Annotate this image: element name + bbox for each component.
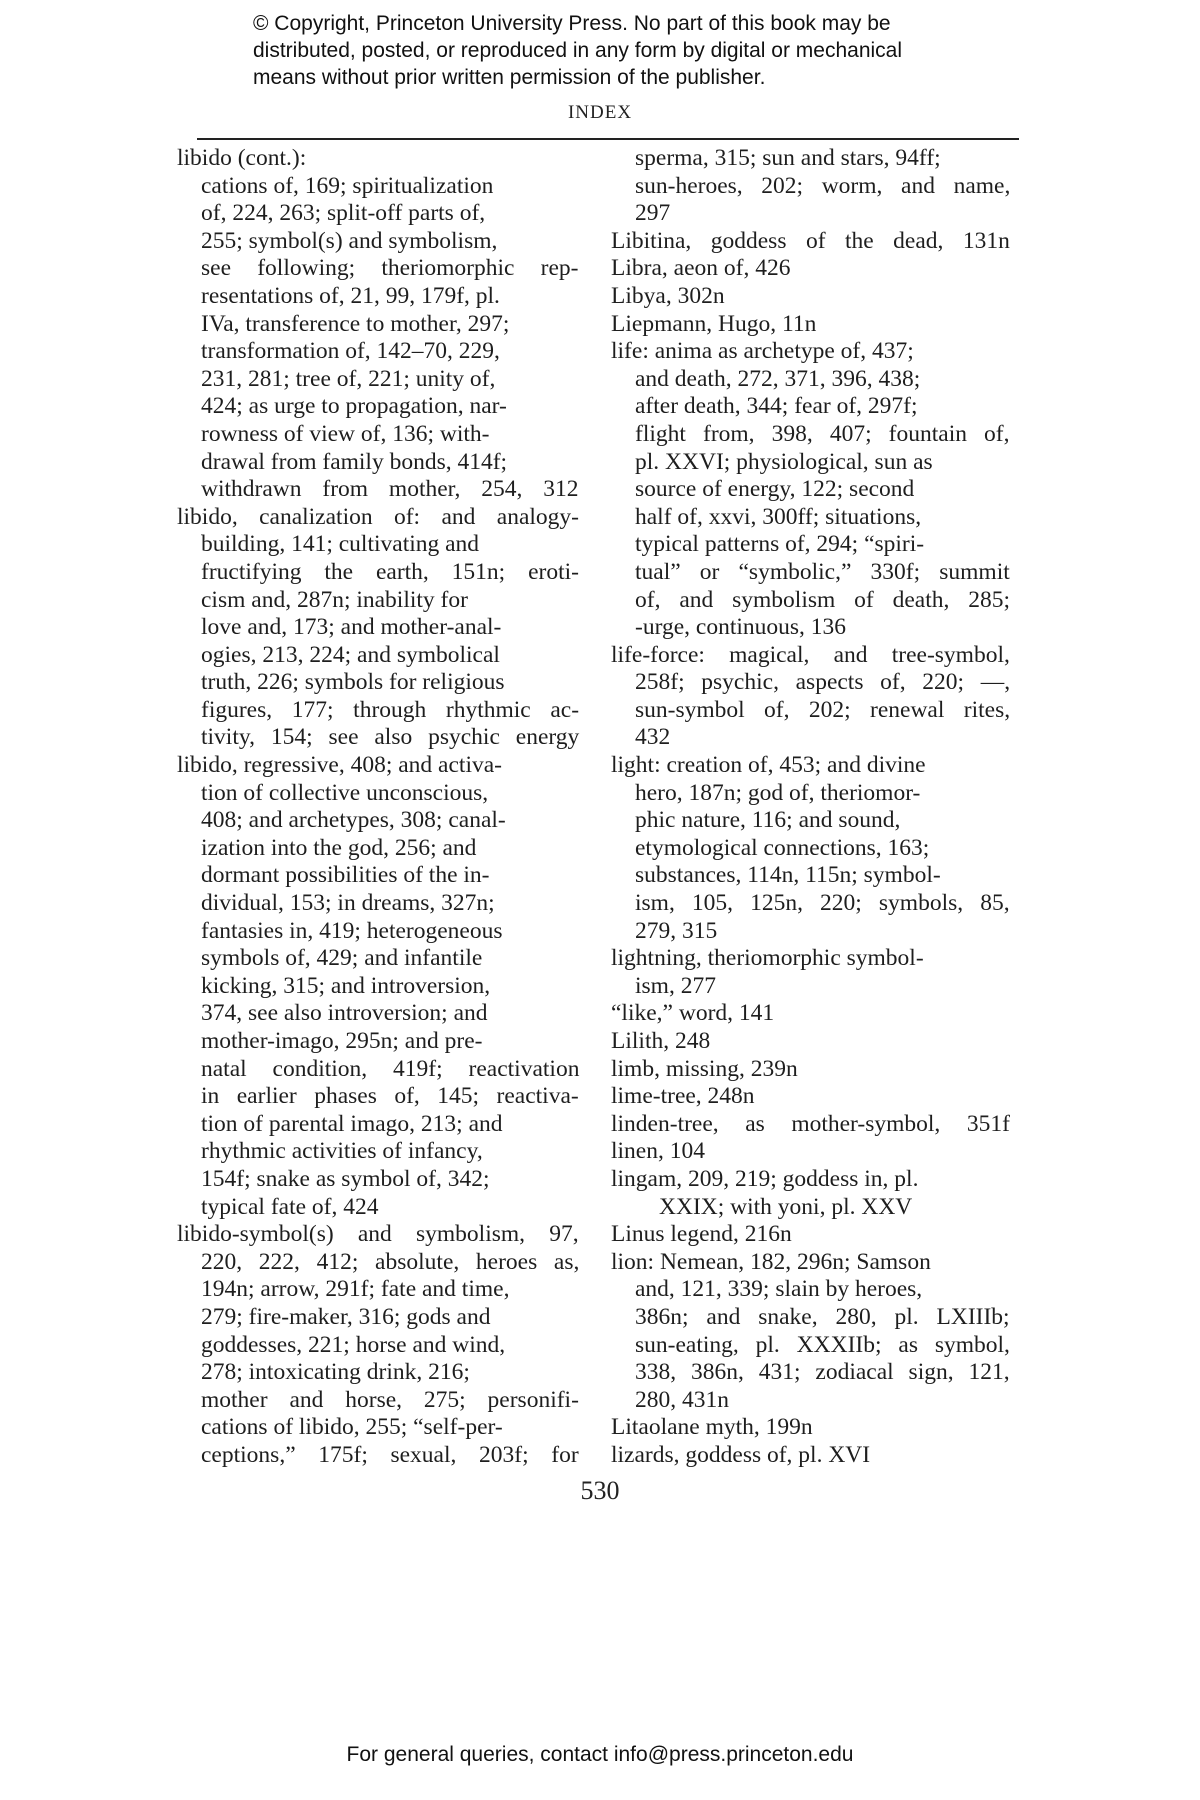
index-entry-heading: “like,” word, 141: [611, 1000, 1010, 1028]
index-entry-continuation: fructifying the earth, 151n; eroti-: [177, 559, 579, 587]
footer-contact: For general queries, contact info@press.…: [0, 1743, 1200, 1767]
index-entry-continuation: dividual, 153; in dreams, 327n;: [177, 890, 579, 918]
index-entry-continuation: tion of parental imago, 213; and: [177, 1111, 579, 1139]
index-entry-continuation: 280, 431n: [611, 1387, 1010, 1415]
index-column-right: sperma, 315; sun and stars, 94ff;sun-her…: [611, 145, 1010, 1470]
index-entry-continuation: resentations of, 21, 99, 179f, pl.: [177, 283, 579, 311]
index-entry-continuation: goddesses, 221; horse and wind,: [177, 1332, 579, 1360]
index-entry-heading: Libra, aeon of, 426: [611, 255, 1010, 283]
index-entry-heading: Linus legend, 216n: [611, 1221, 1010, 1249]
index-entry-continuation: drawal from family bonds, 414f;: [177, 449, 579, 477]
index-entry-continuation: figures, 177; through rhythmic ac-: [177, 697, 579, 725]
index-entry-heading: Libitina, goddess of the dead, 131n: [611, 228, 1010, 256]
index-entry-continuation: transformation of, 142–70, 229,: [177, 338, 579, 366]
index-entry-continuation: mother and horse, 275; personifi-: [177, 1387, 579, 1415]
index-entry-heading: libido, regressive, 408; and activa-: [177, 752, 579, 780]
index-entry-continuation: phic nature, 116; and sound,: [611, 807, 1010, 835]
index-entry-continuation: tion of collective unconscious,: [177, 780, 579, 808]
index-entry-heading: lingam, 209, 219; goddess in, pl.: [611, 1166, 1010, 1194]
index-entry-continuation: and death, 272, 371, 396, 438;: [611, 366, 1010, 394]
index-entry-continuation: 194n; arrow, 291f; fate and time,: [177, 1276, 579, 1304]
index-entry-continuation: typical patterns of, 294; “spiri-: [611, 531, 1010, 559]
index-entry-continuation: ceptions,” 175f; sexual, 203f; for: [177, 1442, 579, 1470]
index-entry-heading: lizards, goddess of, pl. XVI: [611, 1442, 1010, 1470]
index-entry-continuation: cations of libido, 255; “self-per-: [177, 1414, 579, 1442]
index-entry-heading: lightning, theriomorphic symbol-: [611, 945, 1010, 973]
index-entry-continuation: natal condition, 419f; reactivation: [177, 1056, 579, 1084]
index-entry-continuation: cations of, 169; spiritualization: [177, 173, 579, 201]
index-entry-continuation: love and, 173; and mother-anal-: [177, 614, 579, 642]
index-entry-heading: libido-symbol(s) and symbolism, 97,: [177, 1221, 579, 1249]
index-entry-continuation: etymological connections, 163;: [611, 835, 1010, 863]
index-entry-continuation: 374, see also introversion; and: [177, 1000, 579, 1028]
index-entry-continuation: 424; as urge to propagation, nar-: [177, 393, 579, 421]
index-entry-continuation: and, 121, 339; slain by heroes,: [611, 1276, 1010, 1304]
index-entry-continuation: 338, 386n, 431; zodiacal sign, 121,: [611, 1359, 1010, 1387]
index-entry-continuation: ogies, 213, 224; and symbolical: [177, 642, 579, 670]
index-entry-continuation: 278; intoxicating drink, 216;: [177, 1359, 579, 1387]
index-entry-continuation: sun-eating, pl. XXXIIb; as symbol,: [611, 1332, 1010, 1360]
index-entry-continuation: 231, 281; tree of, 221; unity of,: [177, 366, 579, 394]
index-entry-continuation: mother-imago, 295n; and pre-: [177, 1028, 579, 1056]
index-entry-heading: light: creation of, 453; and divine: [611, 752, 1010, 780]
index-entry-continuation: pl. XXVI; physiological, sun as: [611, 449, 1010, 477]
index-entry-continuation: ism, 105, 125n, 220; symbols, 85,: [611, 890, 1010, 918]
index-entry-continuation: tivity, 154; see also psychic energy: [177, 724, 579, 752]
index-entry-continuation: cism and, 287n; inability for: [177, 587, 579, 615]
index-entry-continuation: of, and symbolism of death, 285;: [611, 587, 1010, 615]
index-entry-heading: Libya, 302n: [611, 283, 1010, 311]
index-entry-continuation: in earlier phases of, 145; reactiva-: [177, 1083, 579, 1111]
index-column-left: libido (cont.):cations of, 169; spiritua…: [177, 145, 579, 1470]
index-entry-heading: lime-tree, 248n: [611, 1083, 1010, 1111]
index-entry-continuation: withdrawn from mother, 254, 312: [177, 476, 579, 504]
index-entry-heading: life: anima as archetype of, 437;: [611, 338, 1010, 366]
index-entry-continuation: 408; and archetypes, 308; canal-: [177, 807, 579, 835]
index-entry-heading: libido (cont.):: [177, 145, 579, 173]
index-entry-heading: life-force: magical, and tree-symbol,: [611, 642, 1010, 670]
index-entry-continuation: 279, 315: [611, 918, 1010, 946]
index-entry-continuation: rowness of view of, 136; with-: [177, 421, 579, 449]
index-entry-continuation: flight from, 398, 407; fountain of,: [611, 421, 1010, 449]
index-entry-continuation: after death, 344; fear of, 297f;: [611, 393, 1010, 421]
index-entry-heading: limb, missing, 239n: [611, 1056, 1010, 1084]
index-entry-continuation: building, 141; cultivating and: [177, 531, 579, 559]
index-entry-continuation: typical fate of, 424: [177, 1194, 579, 1222]
index-entry-continuation: 220, 222, 412; absolute, heroes as,: [177, 1249, 579, 1277]
index-entry-continuation: ism, 277: [611, 973, 1010, 1001]
copyright-notice: © Copyright, Princeton University Press.…: [253, 10, 1013, 91]
index-entry-continuation: truth, 226; symbols for religious: [177, 669, 579, 697]
index-entry-continuation: hero, 187n; god of, theriomor-: [611, 780, 1010, 808]
index-entry-continuation: fantasies in, 419; heterogeneous: [177, 918, 579, 946]
copyright-line: means without prior written permission o…: [253, 64, 1013, 91]
index-entry-heading: libido, canalization of: and analogy-: [177, 504, 579, 532]
index-entry-continuation: symbols of, 429; and infantile: [177, 945, 579, 973]
index-entry-continuation: sun-symbol of, 202; renewal rites,: [611, 697, 1010, 725]
index-entry-continuation: 154f; snake as symbol of, 342;: [177, 1166, 579, 1194]
index-entry-continuation: XXIX; with yoni, pl. XXV: [611, 1194, 1010, 1222]
index-entry-continuation: 255; symbol(s) and symbolism,: [177, 228, 579, 256]
index-entry-continuation: sun-heroes, 202; worm, and name,: [611, 173, 1010, 201]
index-entry-continuation: of, 224, 263; split-off parts of,: [177, 200, 579, 228]
index-entry-continuation: -urge, continuous, 136: [611, 614, 1010, 642]
index-entry-continuation: 279; fire-maker, 316; gods and: [177, 1304, 579, 1332]
index-entry-continuation: see following; theriomorphic rep-: [177, 255, 579, 283]
index-entry-heading: Lilith, 248: [611, 1028, 1010, 1056]
index-entry-continuation: 432: [611, 724, 1010, 752]
index-entry-continuation: substances, 114n, 115n; symbol-: [611, 862, 1010, 890]
index-entry-continuation: tual” or “symbolic,” 330f; summit: [611, 559, 1010, 587]
index-entry-heading: lion: Nemean, 182, 296n; Samson: [611, 1249, 1010, 1277]
header-rule: [197, 138, 1019, 140]
copyright-line: distributed, posted, or reproduced in an…: [253, 37, 1013, 64]
index-entry-continuation: 297: [611, 200, 1010, 228]
index-entry-continuation: 258f; psychic, aspects of, 220; —,: [611, 669, 1010, 697]
index-entry-heading: linden-tree, as mother-symbol, 351f: [611, 1111, 1010, 1139]
index-entry-continuation: source of energy, 122; second: [611, 476, 1010, 504]
index-entry-heading: Liepmann, Hugo, 11n: [611, 311, 1010, 339]
index-entry-continuation: IVa, transference to mother, 297;: [177, 311, 579, 339]
index-entry-continuation: half of, xxvi, 300ff; situations,: [611, 504, 1010, 532]
index-entry-heading: linen, 104: [611, 1138, 1010, 1166]
copyright-line: © Copyright, Princeton University Press.…: [253, 10, 1013, 37]
index-entry-continuation: 386n; and snake, 280, pl. LXIIIb;: [611, 1304, 1010, 1332]
index-entry-continuation: kicking, 315; and introversion,: [177, 973, 579, 1001]
index-entry-heading: Litaolane myth, 199n: [611, 1414, 1010, 1442]
index-entry-continuation: rhythmic activities of infancy,: [177, 1138, 579, 1166]
index-entry-continuation: ization into the god, 256; and: [177, 835, 579, 863]
running-head: INDEX: [0, 102, 1200, 124]
index-entry-continuation: dormant possibilities of the in-: [177, 862, 579, 890]
page-number: 530: [0, 1476, 1200, 1506]
index-entry-continuation: sperma, 315; sun and stars, 94ff;: [611, 145, 1010, 173]
